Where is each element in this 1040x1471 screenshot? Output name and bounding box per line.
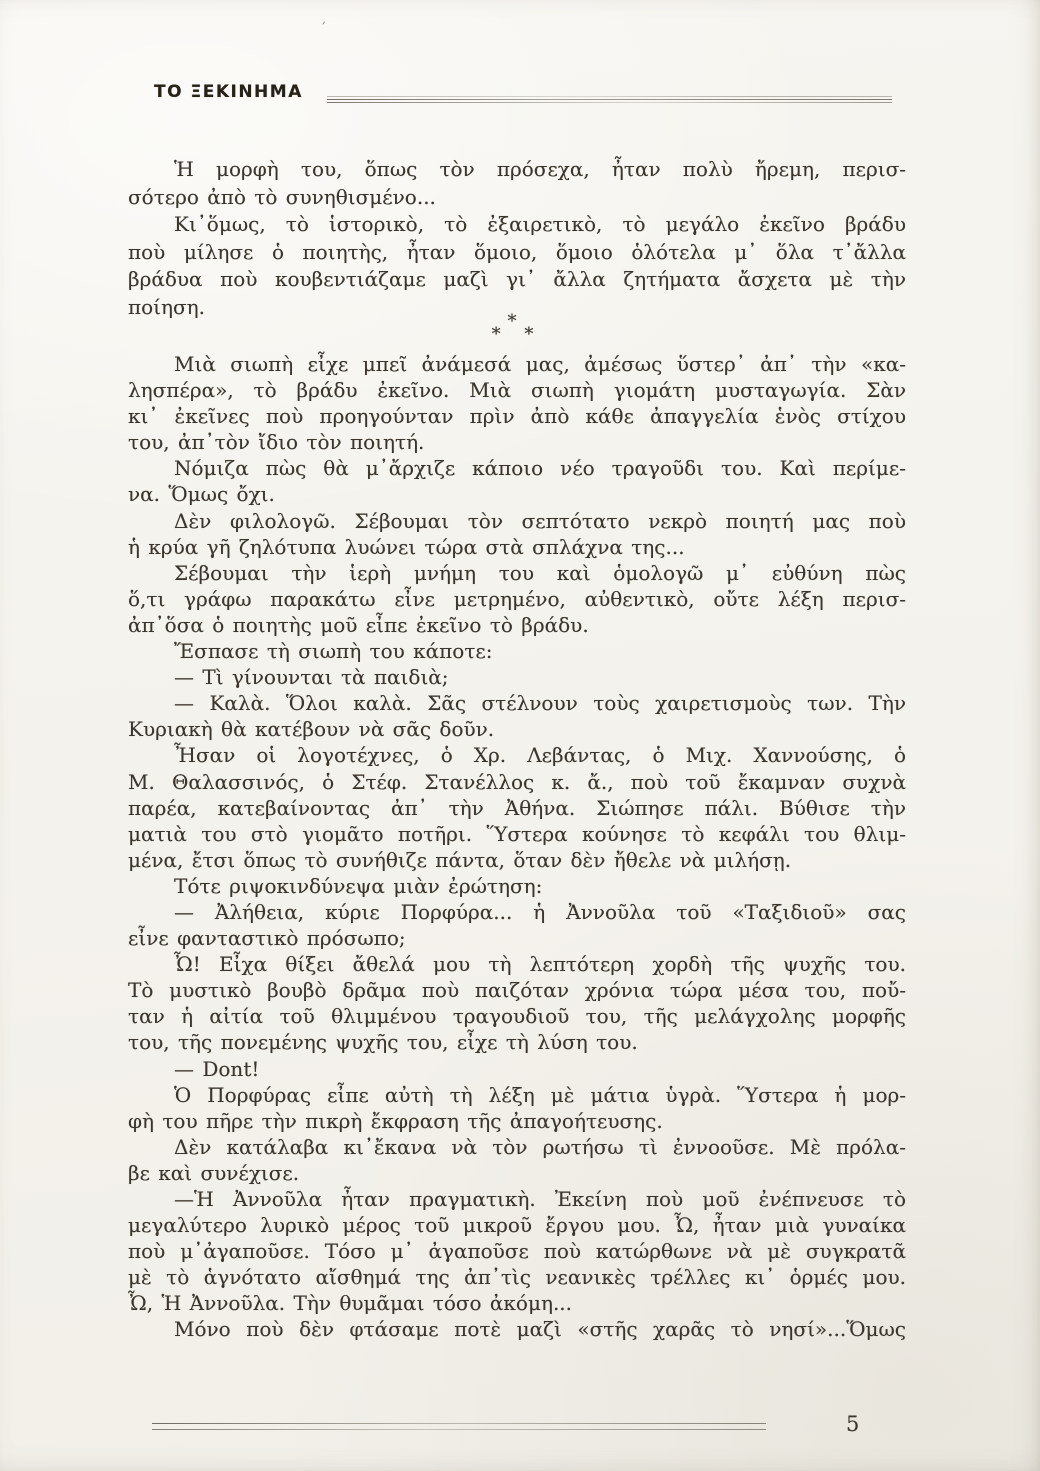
header-rule-line	[327, 102, 892, 103]
text-line: μεγαλύτερο λυρικὸ μέρος τοῦ μικροῦ ἔργου…	[128, 1212, 906, 1238]
text-line: — Καλὰ. Ὅλοι καλὰ. Σᾶς στέλνουν τοὺς χαι…	[128, 690, 906, 716]
footer-rule-line	[152, 1423, 766, 1424]
text-line: Ἡ μορφὴ του, ὅπως τὸν πρόσεχα, ἦταν πολὺ…	[128, 156, 906, 184]
text-line: — Τὶ γίνουνται τὰ παιδιὰ;	[128, 664, 906, 690]
text-line: Δὲν κατάλαβα κι᾽ἔκανα νὰ τὸν ρωτήσω τὶ ἐ…	[128, 1134, 906, 1160]
text-line: να. Ὅμως ὄχι.	[128, 481, 906, 507]
footer-rule	[152, 1423, 766, 1433]
text-line: Ὦ! Εἶχα θίξει ἄθελά μου τὴ λεπτότερη χορ…	[128, 951, 906, 977]
text-line: ἀπ᾽ὅσα ὁ ποιητὴς μοῦ εἶπε ἐκεῖνο τὸ βράδ…	[128, 612, 906, 638]
header-rule-line	[327, 96, 892, 97]
text-line: λησπέρα», τὸ βράδυ ἐκεῖνο. Μιὰ σιωπὴ γιο…	[128, 377, 906, 403]
text-line: παρέα, κατεβαίνοντας ἀπ᾽ τὴν Ἀθήνα. Σιώπ…	[128, 795, 906, 821]
text-line: — Dont!	[128, 1056, 906, 1082]
body-text: Ἡ μορφὴ του, ὅπως τὸν πρόσεχα, ἦταν πολὺ…	[128, 156, 906, 1343]
text-line: φὴ του πῆρε τὴν πικρὴ ἔκφραση τῆς ἀπαγοή…	[128, 1108, 906, 1134]
text-line: του, τῆς πονεμένης ψυχῆς του, εἶχε τὴ λύ…	[128, 1029, 906, 1055]
scanned-book-page: ’ ΤΟ ΞΕΚΙΝΗΜΑ Ἡ μορφὴ του, ὅπως τὸν πρόσ…	[0, 0, 1040, 1471]
footer-rule-line	[152, 1429, 766, 1430]
text-line: Τὸ μυστικὸ βουβὸ δρᾶμα ποὺ παιζόταν χρόν…	[128, 977, 906, 1003]
text-line: μένα, ἔτσι ὅπως τὸ συνήθιζε πάντα, ὅταν …	[128, 847, 906, 873]
text-line: Μ. Θαλασσινός, ὁ Στέφ. Στανέλλος κ. ἄ., …	[128, 769, 906, 795]
text-line: ταν ἡ αἰτία τοῦ θλιμμένου τραγουδιοῦ του…	[128, 1003, 906, 1029]
text-line: βε καὶ συνέχισε.	[128, 1160, 906, 1186]
text-line: βράδυα ποὺ κουβεντιάζαμε μαζὶ γι᾽ ἄλλα ζ…	[128, 266, 906, 294]
text-line: Σέβουμαι τὴν ἱερὴ μνήμη του καὶ ὁμολογῶ …	[128, 560, 906, 586]
text-line: ὅ,τι γράφω παρακάτω εἶνε μετρημένο, αὐθε…	[128, 586, 906, 612]
asterisk-row-bottom: * *	[128, 328, 906, 342]
text-line: σότερο ἀπὸ τὸ συνηθισμένο...	[128, 184, 906, 212]
section-separator: ** *	[128, 321, 906, 351]
scan-artifact-mark: ’	[320, 20, 326, 35]
text-line: Μόνο ποὺ δὲν φτάσαμε ποτὲ μαζὶ «στῆς χαρ…	[128, 1316, 906, 1342]
text-line: Τότε ριψοκινδύνεψα μιὰν ἐρώτηση:	[128, 873, 906, 899]
text-line: κι᾽ ἐκεῖνες ποὺ προηγούνταν πρὶν ἀπὸ κάθ…	[128, 403, 906, 429]
text-line: — Ἀλήθεια, κύριε Πορφύρα... ἡ Ἀννοῦλα το…	[128, 899, 906, 925]
text-line: Νόμιζα πὼς θὰ μ᾽ἄρχιζε κάποιο νέο τραγοῦ…	[128, 455, 906, 481]
text-line: Ἦσαν οἱ λογοτέχνες, ὁ Χρ. Λεβάντας, ὁ Μι…	[128, 742, 906, 768]
text-line: ποὺ μίλησε ὁ ποιητὴς, ἦταν ὅμοιο, ὅμοιο …	[128, 239, 906, 267]
text-line: ματιὰ του στὸ γιομᾶτο ποτῆρι. Ὕστερα κού…	[128, 821, 906, 847]
text-line: Ὦ, Ἡ Ἀννοῦλα. Τὴν θυμᾶμαι τόσο ἀκόμη...	[128, 1290, 906, 1316]
text-line: Κι᾽ὅμως, τὸ ἱστορικὸ, τὸ ἐξαιρετικὸ, τὸ …	[128, 211, 906, 239]
text-line: Κυριακὴ θὰ κατέβουν νὰ σᾶς δοῦν.	[128, 716, 906, 742]
text-line: —Ἡ Ἀννοῦλα ἦταν πραγματικὴ. Ἐκείνη ποὺ μ…	[128, 1186, 906, 1212]
running-header-title: ΤΟ ΞΕΚΙΝΗΜΑ	[154, 82, 303, 102]
text-line: Δὲν φιλολογῶ. Σέβουμαι τὸν σεπτότατο νεκ…	[128, 508, 906, 534]
text-line: εἶνε φανταστικὸ πρόσωπο;	[128, 925, 906, 951]
header-rule	[327, 94, 892, 106]
text-line: ποὺ μ᾽ἀγαποῦσε. Τόσο μ᾽ ἀγαποῦσε ποὺ κατ…	[128, 1238, 906, 1264]
header-rule-line	[327, 99, 892, 100]
text-line: ἡ κρύα γῆ ζηλότυπα λυώνει τώρα στὰ σπλάχ…	[128, 534, 906, 560]
text-line: Ὁ Πορφύρας εἶπε αὐτὴ τὴ λέξη μὲ μάτια ὑγ…	[128, 1082, 906, 1108]
text-line: Μιὰ σιωπὴ εἶχε μπεῖ ἀνάμεσά μας, ἀμέσως …	[128, 351, 906, 377]
page-number: 5	[846, 1412, 859, 1436]
text-line: του, ἀπ᾽τὸν ἴδιο τὸν ποιητή.	[128, 429, 906, 455]
text-line: μὲ τὸ ἁγνότατο αἴσθημά της ἀπ᾽τὶς νεανικ…	[128, 1264, 906, 1290]
text-line: Ἔσπασε τὴ σιωπὴ του κάποτε:	[128, 638, 906, 664]
